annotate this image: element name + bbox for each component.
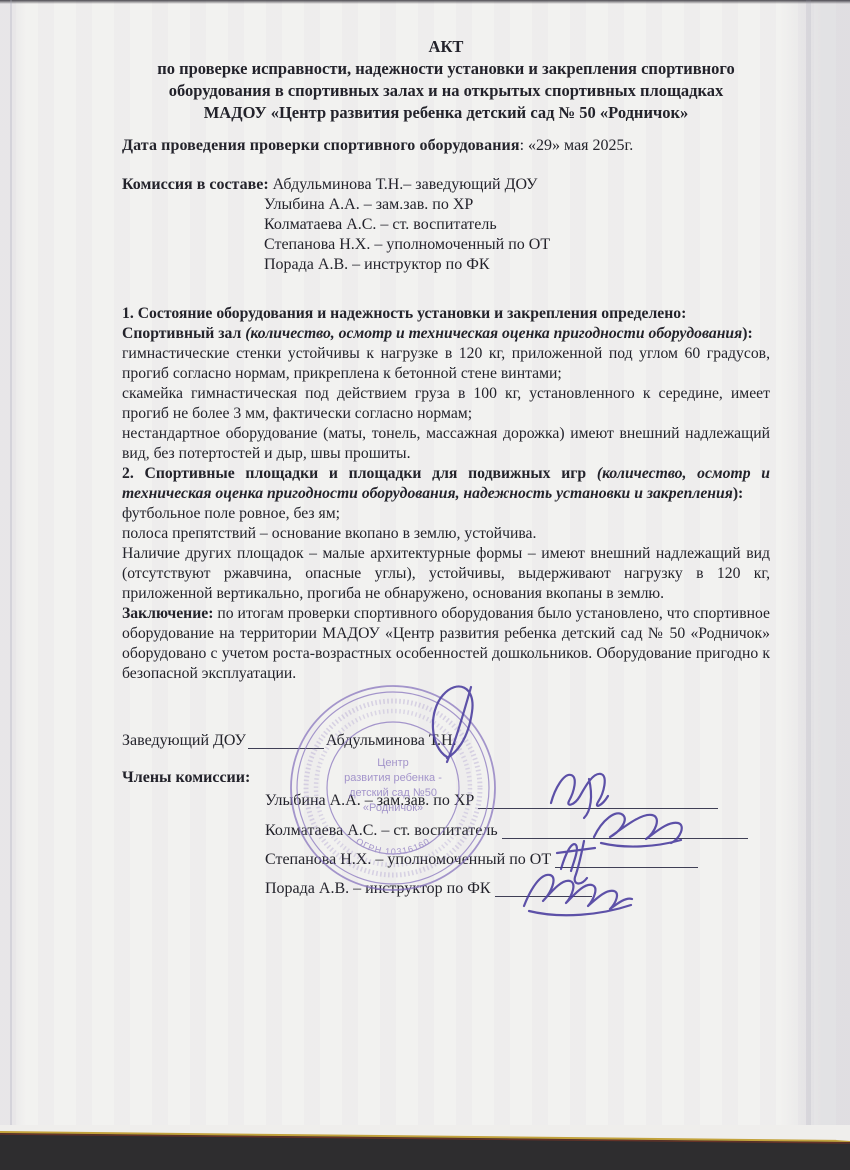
commission-row-2: Улыбина А.А. – зам.зав. по ХР (122, 195, 770, 215)
scan-left-fold-line (10, 0, 12, 1170)
gym-bench-paragraph: скамейка гимнастическая под действием гр… (122, 384, 770, 424)
scan-top-edge (0, 0, 850, 4)
gym-walls-paragraph: гимнастические стенки устойчивы к нагруз… (122, 344, 770, 384)
document-type-title: АКТ (122, 36, 770, 58)
members-label: Члены комиссии: (122, 769, 250, 787)
member-signature-row-1: Улыбина А.А. – зам.зав. по ХР (265, 791, 718, 811)
signature-line (478, 791, 718, 809)
conclusion-paragraph: Заключение: по итогам проверки спортивно… (122, 604, 770, 684)
obstacle-course-paragraph: полоса препятствий – основание вкопано в… (122, 524, 770, 544)
other-playgrounds-paragraph: Наличие других площадок – малые архитект… (122, 544, 770, 604)
document-body: 1. Состояние оборудования и надежность у… (122, 304, 770, 684)
section-1-heading: 1. Состояние оборудования и надежность у… (122, 304, 770, 324)
commission-row-1: Комиссия в составе: Абдульминова Т.Н.– з… (122, 175, 770, 195)
title-line-3: оборудования в спортивных залах и на отк… (122, 80, 770, 102)
signature-line (502, 821, 748, 839)
scan-right-shadow (806, 0, 811, 1170)
commission-member: Колматаева А.С. – ст. воспитатель (264, 216, 497, 233)
scan-bottom-edge (0, 1125, 850, 1170)
commission-member: Улыбина А.А. – зам.зав. по ХР (264, 196, 473, 213)
director-name: Абдульминова Т.Н. (326, 731, 457, 751)
stamp-center-line-1: Центр (377, 757, 409, 769)
director-signature-row: Заведующий ДОУ Абдульминова Т.Н. (122, 731, 770, 751)
member-signature-row-2: Колматаева А.С. – ст. воспитатель (265, 821, 748, 841)
section-2-heading: 2. Спортивные площадки и площадки для по… (122, 464, 770, 504)
member-label: Колматаева А.С. – ст. воспитатель (265, 821, 498, 841)
stamp-center-line-2: развития ребенка - (344, 772, 442, 784)
date-label: Дата проведения проверки спортивного обо… (122, 137, 520, 154)
date-value: : «29» мая 2025г. (520, 137, 634, 154)
football-field-paragraph: футбольное поле ровное, без ям; (122, 504, 770, 524)
commission-row-3: Колматаева А.С. – ст. воспитатель (122, 215, 770, 235)
commission-member: Абдульминова Т.Н.– заведующий ДОУ (273, 176, 538, 193)
director-label: Заведующий ДОУ (122, 731, 246, 751)
commission-member: Порада А.В. – инструктор по ФК (264, 256, 490, 273)
commission-row-5: Порада А.В. – инструктор по ФК (122, 255, 770, 275)
member-signature-row-4: Порада А.В. – инструктор по ФК (265, 879, 592, 899)
director-signature-line (248, 731, 324, 749)
title-line-2: по проверке исправности, надежности уста… (122, 58, 770, 80)
stamp-ring-text-blur (306, 701, 480, 875)
title-block: АКТ по проверке исправности, надежности … (122, 36, 770, 124)
conclusion-label: Заключение: (122, 605, 213, 622)
commission-member: Степанова Н.Х. – уполномоченный по ОТ (264, 236, 550, 253)
member-label: Улыбина А.А. – зам.зав. по ХР (265, 791, 474, 811)
commission-label: Комиссия в составе: (122, 176, 269, 193)
conclusion-text: по итогам проверки спортивного оборудова… (122, 605, 770, 682)
signature-line (495, 879, 592, 897)
commission-row-4: Степанова Н.Х. – уполномоченный по ОТ (122, 235, 770, 255)
member-label: Порада А.В. – инструктор по ФК (265, 879, 491, 899)
nonstandard-equipment-paragraph: нестандартное оборудование (маты, тонель… (122, 424, 770, 464)
scanned-document-page: АКТ по проверке исправности, надежности … (0, 0, 850, 1170)
commission-block: Комиссия в составе: Абдульминова Т.Н.– з… (122, 175, 770, 275)
member-signature-row-3: Степанова Н.Х. – уполномоченный по ОТ (265, 850, 698, 870)
inspection-date-line: Дата проведения проверки спортивного обо… (122, 137, 770, 155)
sport-hall-intro: Спортивный зал (количество, осмотр и тех… (122, 324, 770, 344)
signature-line (555, 850, 698, 868)
member-label: Степанова Н.Х. – уполномоченный по ОТ (265, 850, 551, 870)
title-line-4: МАДОУ «Центр развития ребенка детский са… (122, 102, 770, 124)
